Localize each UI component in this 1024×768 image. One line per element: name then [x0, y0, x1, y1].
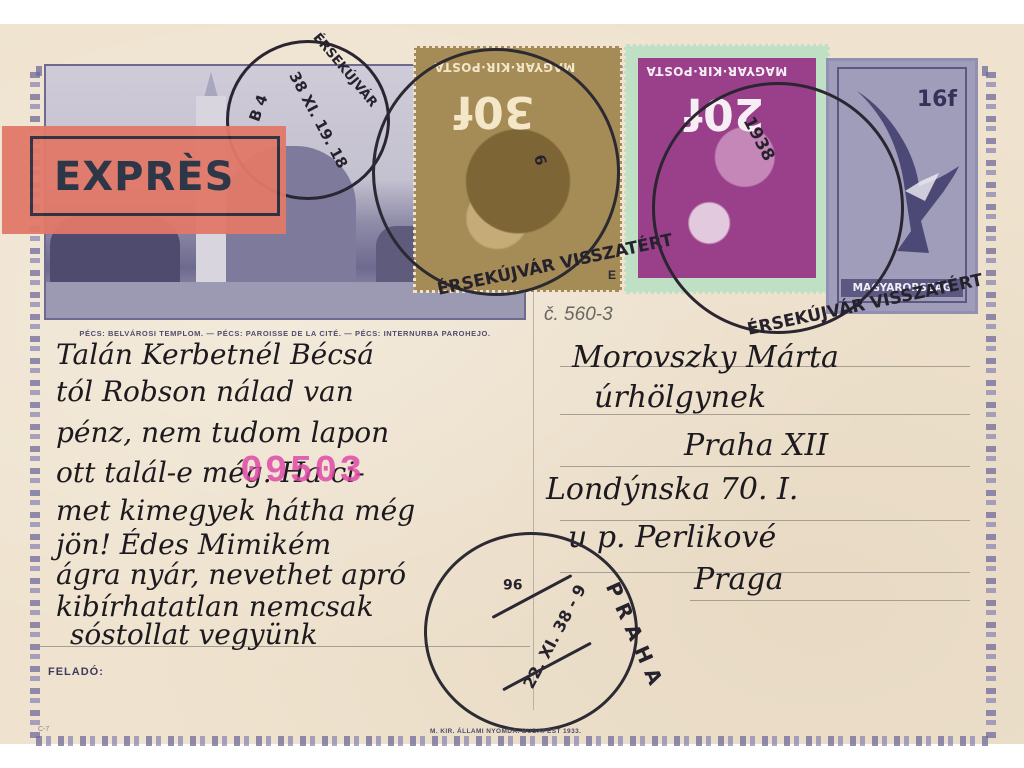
address-line: [690, 600, 970, 601]
postmark-extra: 6: [530, 153, 550, 168]
address-line: úrhölgynek: [594, 380, 766, 415]
postmark-code: 96: [503, 575, 522, 591]
address-line: Praha XII: [684, 428, 828, 463]
printer-imprint: M. KIR. ÁLLAMI NYOMDA. BUDAPEST 1933.: [430, 728, 581, 735]
message-line: ágra nyár, nevethet apró: [56, 558, 406, 591]
stamp-value: 16f: [917, 87, 957, 112]
visszatert-postmark-1: ÉRSEKÚJVÁR VISSZATÉRT 6: [372, 48, 620, 296]
postmark-date: 38 XI. 19. 18: [285, 69, 351, 172]
message-line: jön! Édes Mimikém: [56, 528, 331, 561]
address-line: Praga: [694, 562, 784, 597]
message-line: pénz, nem tudom lapon: [56, 416, 389, 449]
message-line: met kimegyek hátha még: [56, 494, 415, 527]
address-line: u p. Perlikové: [568, 520, 776, 555]
form-code: C-7: [38, 726, 49, 733]
registration-number: 09503: [240, 450, 364, 493]
postmark-date: 1938: [739, 113, 779, 164]
address-line: [560, 466, 970, 467]
address-line: Morovszky Márta: [572, 340, 839, 375]
visszatert-postmark-2: ÉRSEKÚJVÁR VISSZATÉRT 1938: [652, 82, 904, 334]
pencil-note: č. 560-3: [544, 304, 613, 326]
address-line: Londýnska 70. I.: [546, 472, 798, 507]
border-right: [986, 72, 996, 740]
express-label-text: EXPRÈS: [54, 154, 234, 200]
message-line: tól Robson nálad van: [56, 375, 354, 408]
stamp-fragment: E: [608, 268, 616, 282]
express-label: EXPRÈS: [2, 126, 286, 234]
message-line: sóstollat vegyünk: [70, 618, 318, 651]
stamp-country: MAGYAR·KIR·POSTA: [646, 64, 787, 78]
sender-label: FELADÓ:: [48, 666, 104, 678]
border-bottom: [36, 736, 990, 746]
message-line: Talán Kerbetnél Bécsá: [56, 338, 374, 371]
postmark-code: B 4: [245, 92, 271, 124]
praha-postmark: 96 22. XI. 38 - 9 PRAHA: [424, 532, 638, 732]
